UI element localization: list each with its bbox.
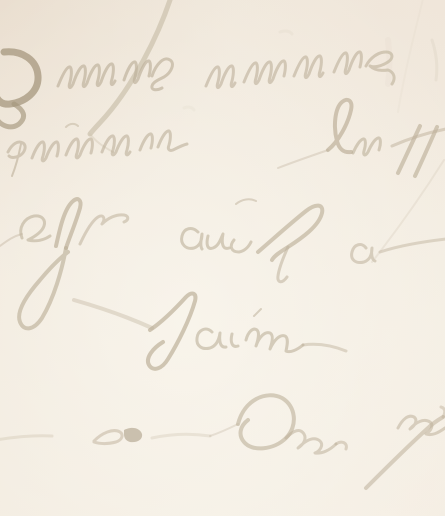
manuscript-photo: Close-up photo of an aged cream paper sh… bbox=[0, 0, 445, 516]
manuscript-canvas bbox=[0, 0, 445, 516]
